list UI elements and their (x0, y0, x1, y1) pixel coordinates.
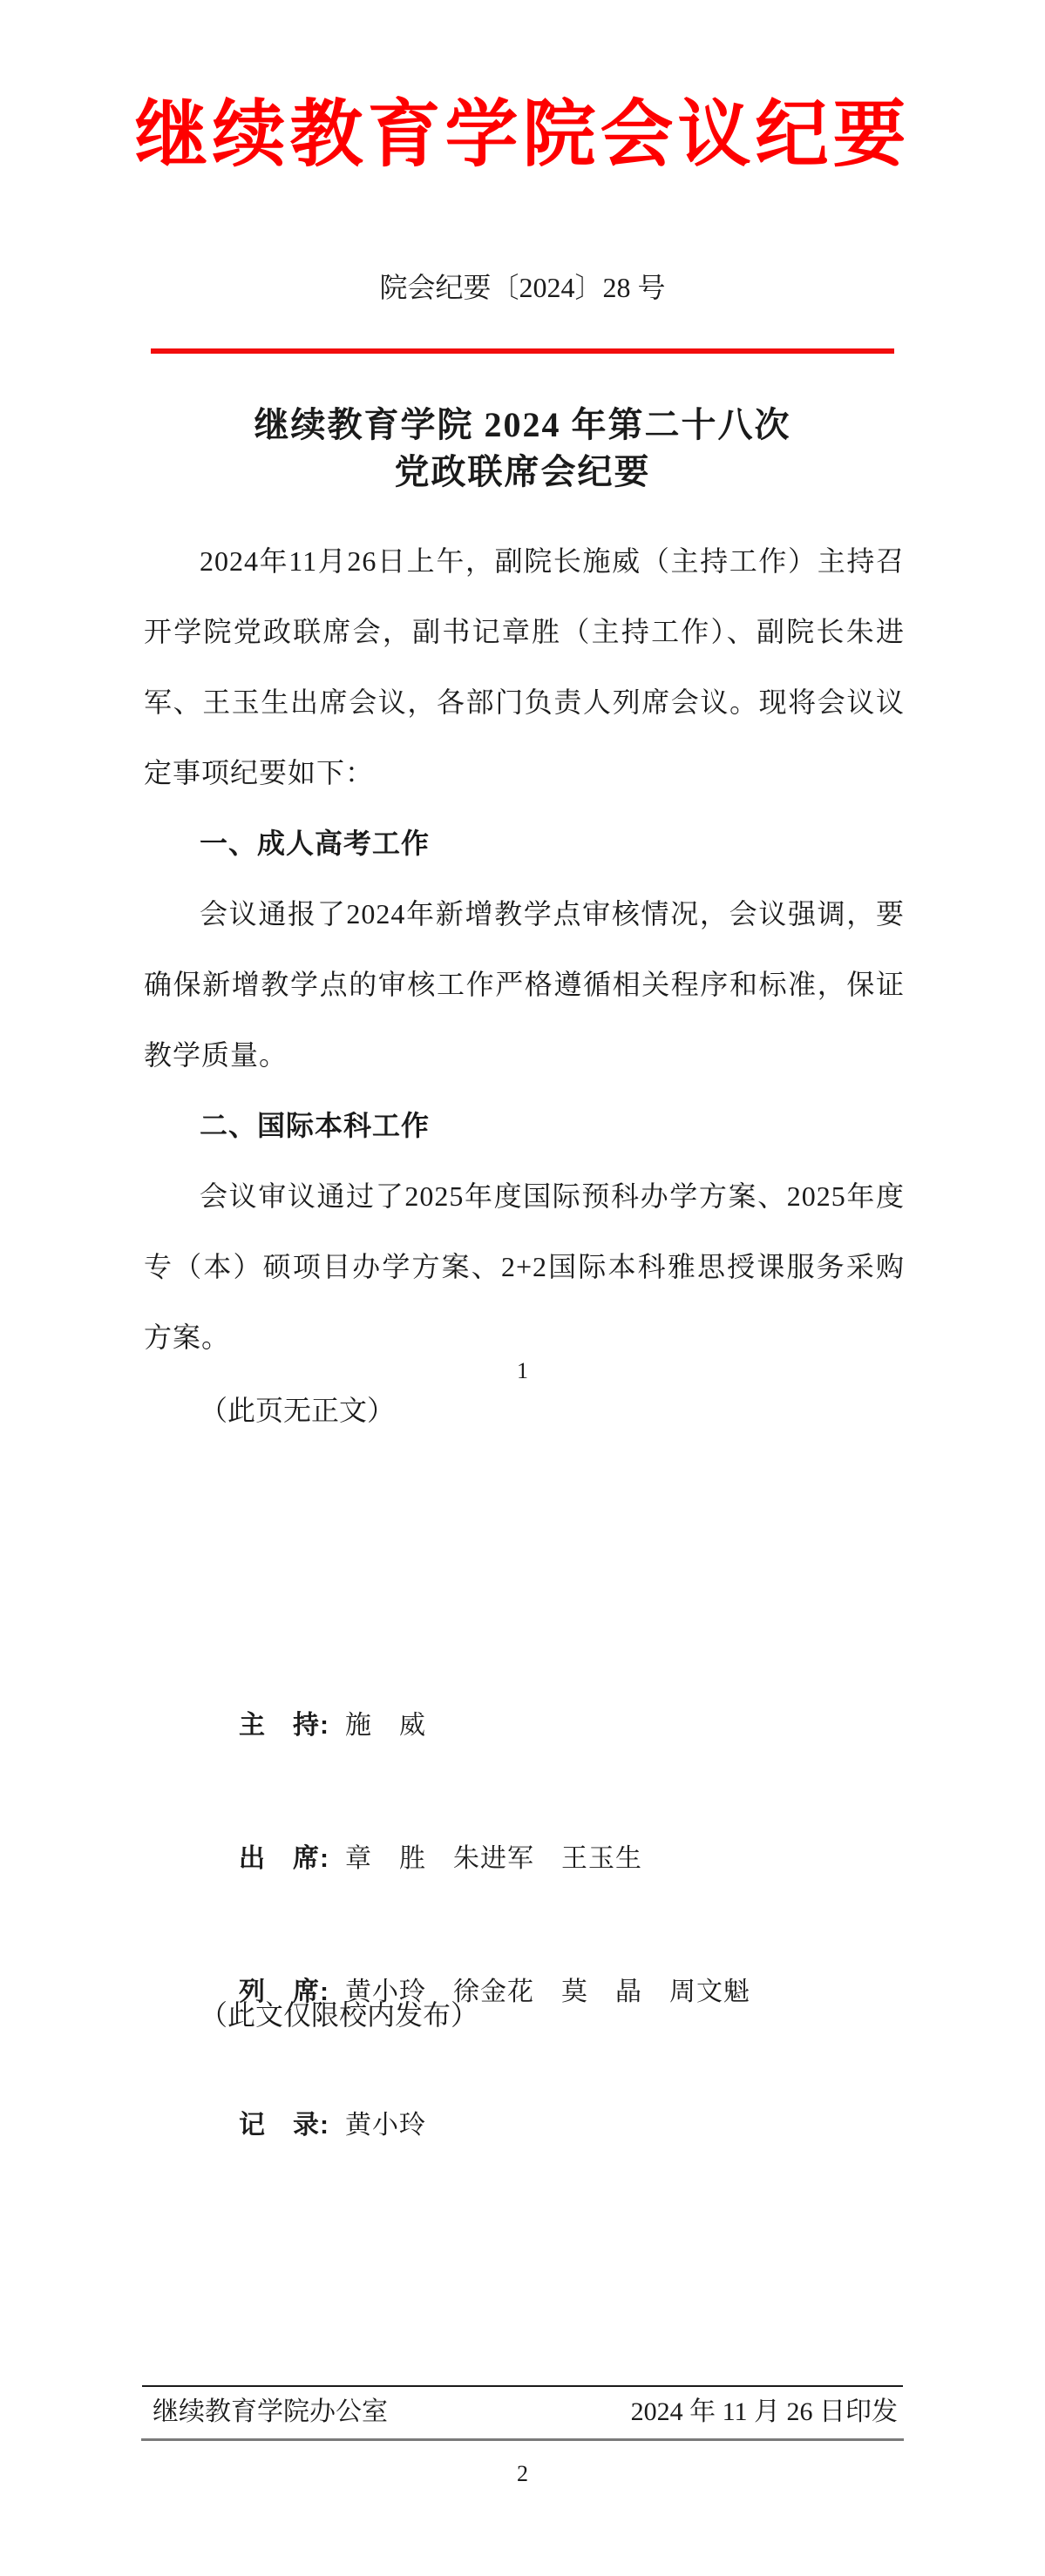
page-number-2: 2 (0, 2463, 1045, 2485)
intro-paragraph: 2024年11月26日上午，副院长施威（主持工作）主持召开学院党政联席会，副书记… (144, 526, 905, 808)
no-body-note: （此页无正文） (144, 1393, 928, 1428)
footer: 继续教育学院办公室 2024 年 11 月 26 日印发 (142, 2397, 903, 2428)
footer-divider-top (142, 2385, 903, 2387)
document-number: 院会纪要〔2024〕28 号 (0, 268, 1045, 307)
attendee-names: 黄小玲 (345, 2111, 426, 2140)
attendee-row-host: 主 持:施 威 (144, 1659, 928, 1792)
attendee-row-present: 出 席:章 胜 朱进军 王玉生 (144, 1792, 928, 1925)
internal-distribution-note: （此文仅限校内发布） (144, 1998, 928, 2032)
attendee-row-observers: 列 席:黄小玲 徐金花 莫 晶 周文魁 (144, 1925, 928, 2059)
footer-issue-date: 2024 年 11 月 26 日印发 (631, 2397, 898, 2428)
meeting-heading-line2: 党政联席会纪要 (0, 449, 1045, 496)
red-divider-line (151, 348, 894, 354)
page-number-1: 1 (0, 1360, 1045, 1383)
section-1-body: 会议通报了2024年新增教学点审核情况，会议强调，要确保新增教学点的审核工作严格… (144, 879, 905, 1091)
section-2-body: 会议审议通过了2025年度国际预科办学方案、2025年度专（本）硕项目办学方案、… (144, 1161, 905, 1373)
footer-office: 继续教育学院办公室 (153, 2397, 388, 2428)
document-title: 继续教育学院会议纪要 (0, 91, 1045, 181)
section-international-program: 二、国际本科工作 会议审议通过了2025年度国际预科办学方案、2025年度专（本… (144, 1091, 905, 1373)
section-2-heading: 二、国际本科工作 (144, 1091, 905, 1161)
attendee-label: 出 席: (239, 1844, 329, 1873)
attendee-names: 施 威 (345, 1711, 426, 1740)
attendee-list: 主 持:施 威 出 席:章 胜 朱进军 王玉生 列 席:黄小玲 徐金花 莫 晶 … (144, 1659, 928, 2192)
footer-divider-bottom (141, 2438, 904, 2441)
section-adult-exam: 一、成人高考工作 会议通报了2024年新增教学点审核情况，会议强调，要确保新增教… (144, 808, 905, 1091)
attendee-names: 章 胜 朱进军 王玉生 (345, 1844, 642, 1873)
attendee-label: 记 录: (239, 2111, 329, 2140)
meeting-minutes-document: 继续教育学院会议纪要 院会纪要〔2024〕28 号 继续教育学院 2024 年第… (0, 0, 1045, 2576)
attendee-row-recorder: 记 录:黄小玲 (144, 2059, 928, 2192)
attendee-label: 主 持: (239, 1711, 329, 1740)
meeting-heading: 继续教育学院 2024 年第二十八次 党政联席会纪要 (0, 402, 1045, 496)
section-1-heading: 一、成人高考工作 (144, 808, 905, 879)
meeting-heading-line1: 继续教育学院 2024 年第二十八次 (0, 402, 1045, 449)
